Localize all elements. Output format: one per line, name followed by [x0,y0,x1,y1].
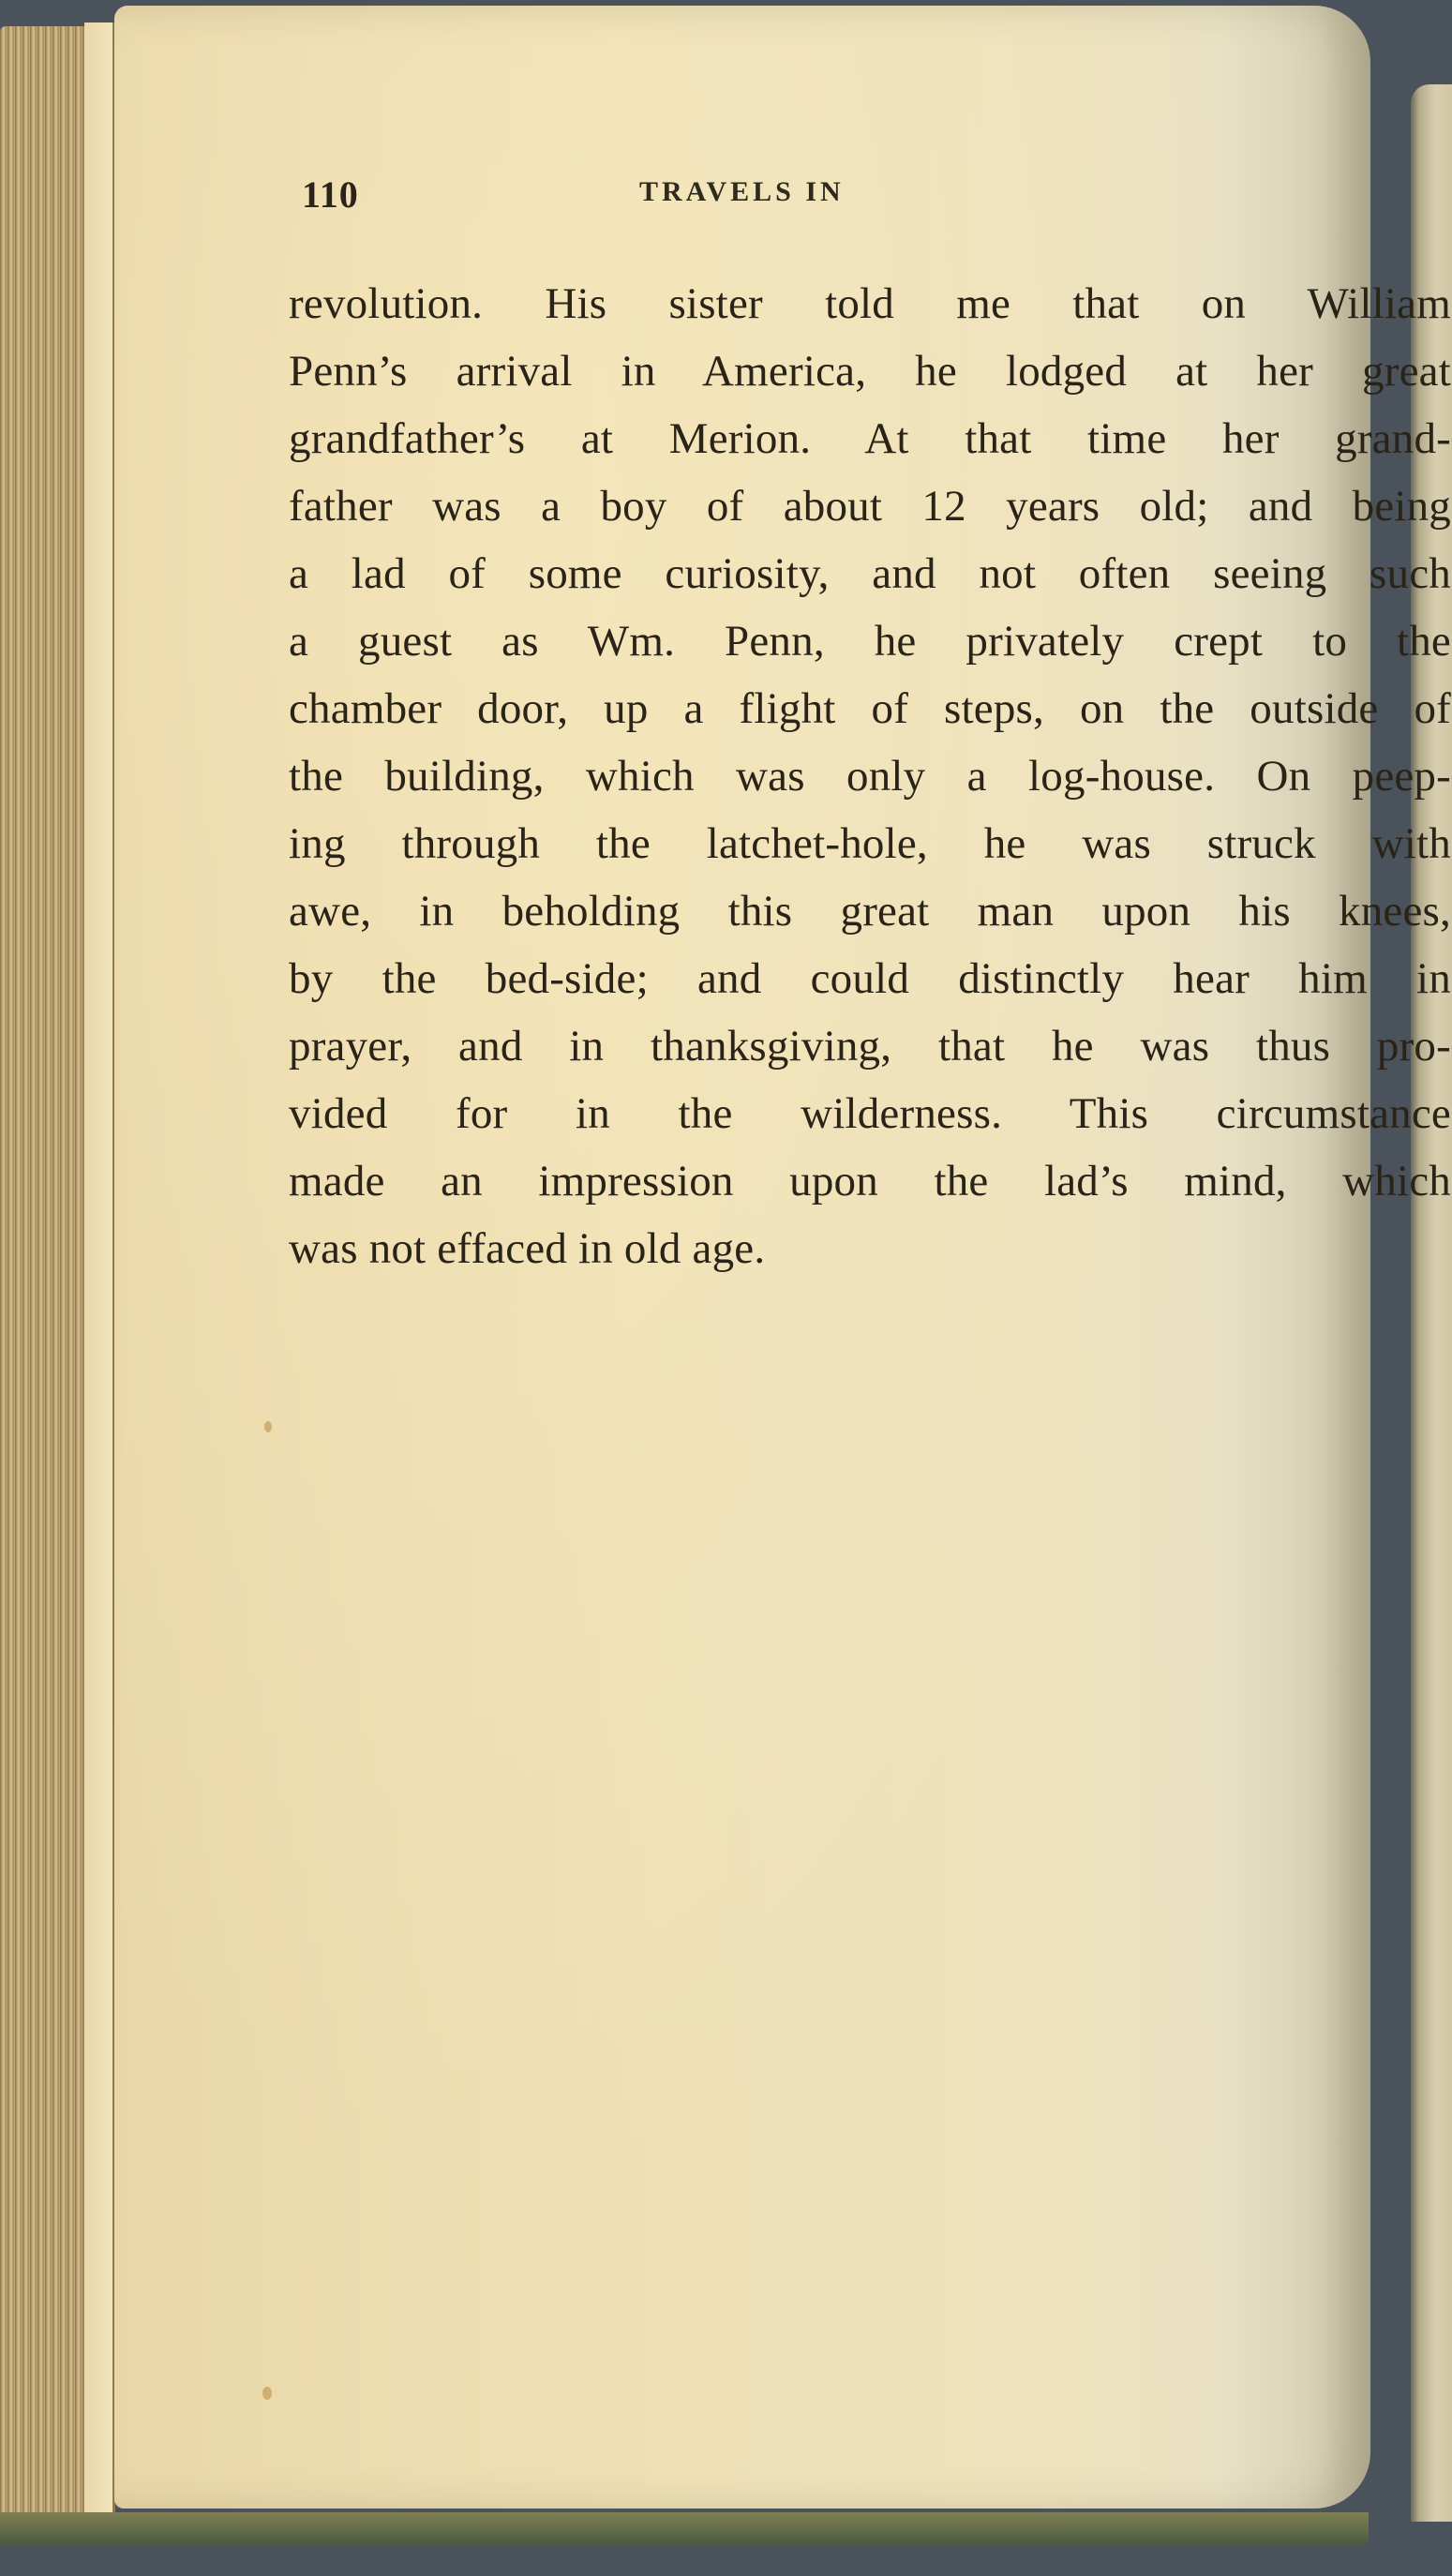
page-number: 110 [302,172,359,217]
text-line: a lad of some curiosity, and not often s… [289,540,1451,607]
text-line: Penn’s arrival in America, he lodged at … [289,337,1451,405]
text-line: made an impression upon the lad’s mind, … [289,1147,1451,1215]
running-head: 110 TRAVELS IN [114,172,1370,219]
text-line-last: was not effaced in old age. [289,1215,1451,1282]
book-binding [0,2512,1369,2546]
text-line: vided for in the wilderness. This circum… [289,1080,1451,1147]
text-line: grandfather’s at Merion. At that time he… [289,405,1451,472]
text-line: the building, which was only a log-house… [289,742,1451,810]
running-title: TRAVELS IN [639,176,845,208]
text-line: prayer, and in thanksgiving, that he was… [289,1012,1451,1080]
text-line: by the bed-side; and could distinctly he… [289,945,1451,1012]
page-fold [84,22,115,2539]
text-line: a guest as Wm. Penn, he privately crept … [289,607,1451,675]
text-line: ing through the latchet-hole, he was str… [289,810,1451,877]
text-line: revolution. His sister told me that on W… [289,270,1451,337]
paper-stain [264,1421,272,1432]
book-page: 110 TRAVELS IN revolution. His sister to… [114,6,1370,2509]
text-line: father was a boy of about 12 years old; … [289,472,1451,540]
body-text: revolution. His sister told me that on W… [289,270,1452,1282]
paper-stain [262,2387,272,2400]
text-line: awe, in beholding this great man upon hi… [289,877,1451,945]
text-line: chamber door, up a flight of steps, on t… [289,675,1451,742]
